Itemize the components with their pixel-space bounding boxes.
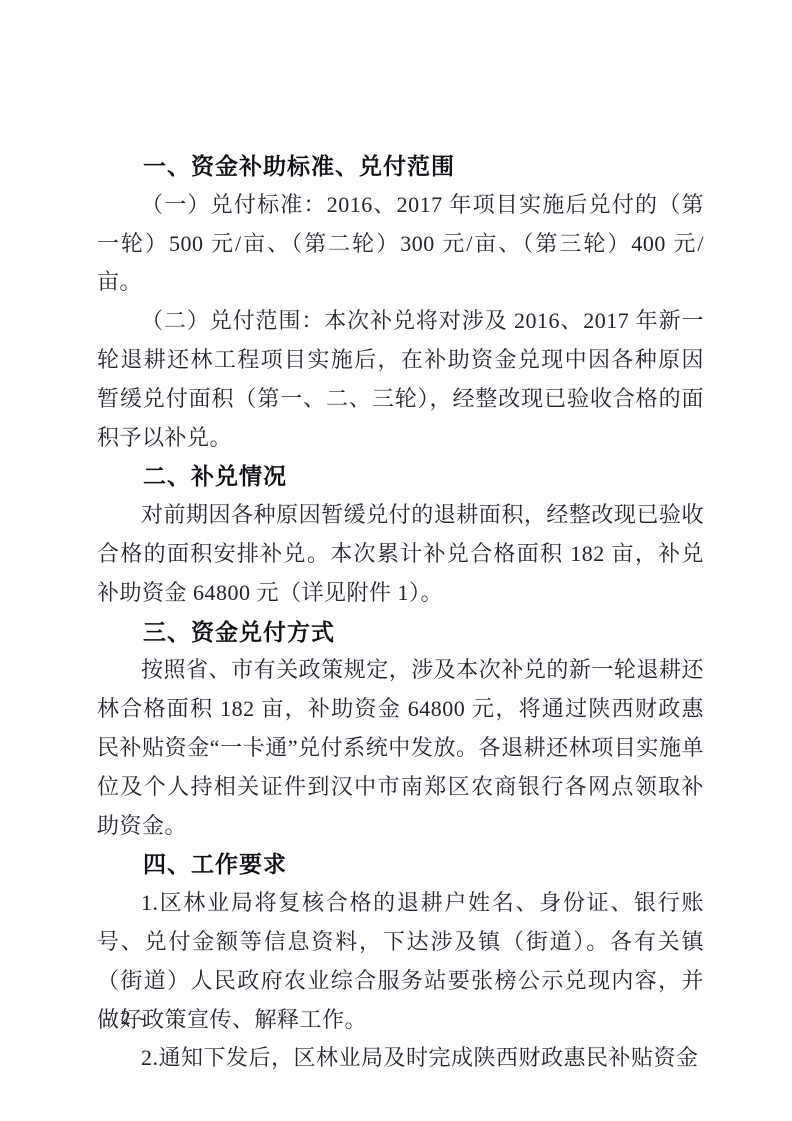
section-heading-3: 三、资金兑付方式 [97, 613, 704, 652]
section-supplement-situation: 二、补兑情况 对前期因各种原因暂缓兑付的退耕面积，经整改现已验收合格的面积安排补… [97, 457, 704, 612]
document-body: 一、资金补助标准、兑付范围 （一）兑付标准：2016、2017 年项目实施后兑付… [97, 147, 704, 1078]
paragraph-work-requirement-2: 2.通知下发后，区林业局及时完成陕西财政惠民补贴资金 [97, 1039, 704, 1078]
section-heading-2: 二、补兑情况 [97, 457, 704, 496]
section-funding-standards: 一、资金补助标准、兑付范围 （一）兑付标准：2016、2017 年项目实施后兑付… [97, 147, 704, 457]
page-number: - 2 - [105, 1007, 148, 1029]
paragraph-supplement-detail: 对前期因各种原因暂缓兑付的退耕面积，经整改现已验收合格的面积安排补兑。本次累计补… [97, 496, 704, 612]
page-footer: - 2 - [105, 1005, 148, 1031]
section-heading-4: 四、工作要求 [97, 845, 704, 884]
paragraph-work-requirement-1: 1.区林业局将复核合格的退耕户姓名、身份证、银行账号、兑付金额等信息资料，下达涉… [97, 884, 704, 1039]
section-heading-1: 一、资金补助标准、兑付范围 [97, 147, 704, 186]
paragraph-payment-scope: （二）兑付范围：本次补兑将对涉及 2016、2017 年新一轮退耕还林工程项目实… [97, 302, 704, 457]
section-payment-method: 三、资金兑付方式 按照省、市有关政策规定，涉及本次补兑的新一轮退耕还林合格面积 … [97, 613, 704, 846]
paragraph-payment-standard: （一）兑付标准：2016、2017 年项目实施后兑付的（第一轮）500 元/亩、… [97, 186, 704, 302]
document-page: 一、资金补助标准、兑付范围 （一）兑付标准：2016、2017 年项目实施后兑付… [0, 0, 792, 1121]
paragraph-payment-method-detail: 按照省、市有关政策规定，涉及本次补兑的新一轮退耕还林合格面积 182 亩，补助资… [97, 651, 704, 845]
section-work-requirements: 四、工作要求 1.区林业局将复核合格的退耕户姓名、身份证、银行账号、兑付金额等信… [97, 845, 704, 1078]
